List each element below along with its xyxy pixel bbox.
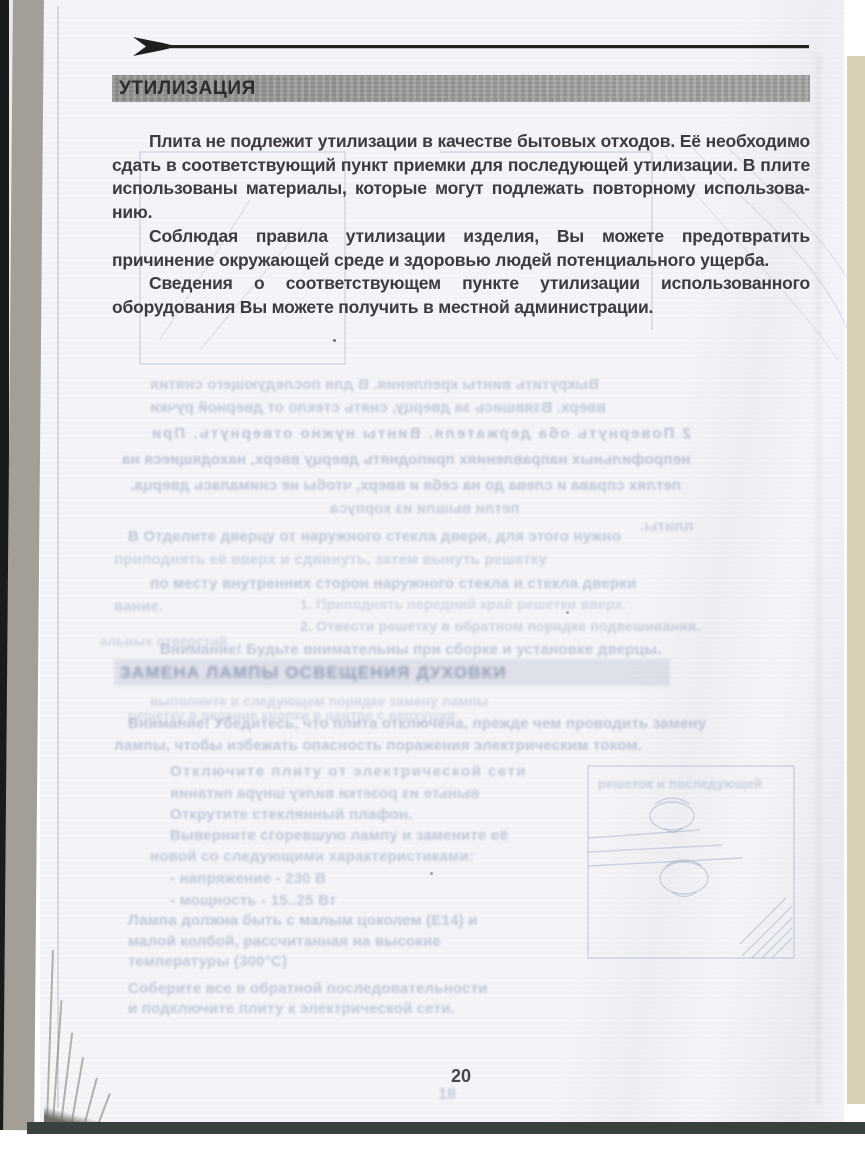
body-text: Плита не подлежит утилизации в качестве … (112, 130, 810, 320)
paragraph: Сведения о соответствующем пункте утилиз… (112, 272, 810, 319)
book-bottom-edge (27, 1122, 865, 1134)
section-header-bar: УТИЛИЗАЦИЯ (112, 75, 810, 102)
arrow-right-icon (131, 36, 811, 58)
page-crease (816, 55, 821, 1105)
scan-background-strip (847, 56, 865, 1104)
page-inner-edge (57, 6, 59, 1108)
page-number: 20 (112, 1066, 810, 1087)
page-title: УТИЛИЗАЦИЯ (112, 78, 256, 100)
scanned-manual-page: ЗАМЕНА ЛАМПЫ ОСВЕЩЕНИЯ ДУХОВКИ 18 Выкрут… (0, 0, 865, 1153)
paragraph: Плита не подлежит утилизации в качестве … (112, 130, 810, 225)
page-stack-corner (44, 1104, 114, 1123)
paragraph: Соблюдая правила утилизации изделия, Вы … (112, 225, 810, 272)
